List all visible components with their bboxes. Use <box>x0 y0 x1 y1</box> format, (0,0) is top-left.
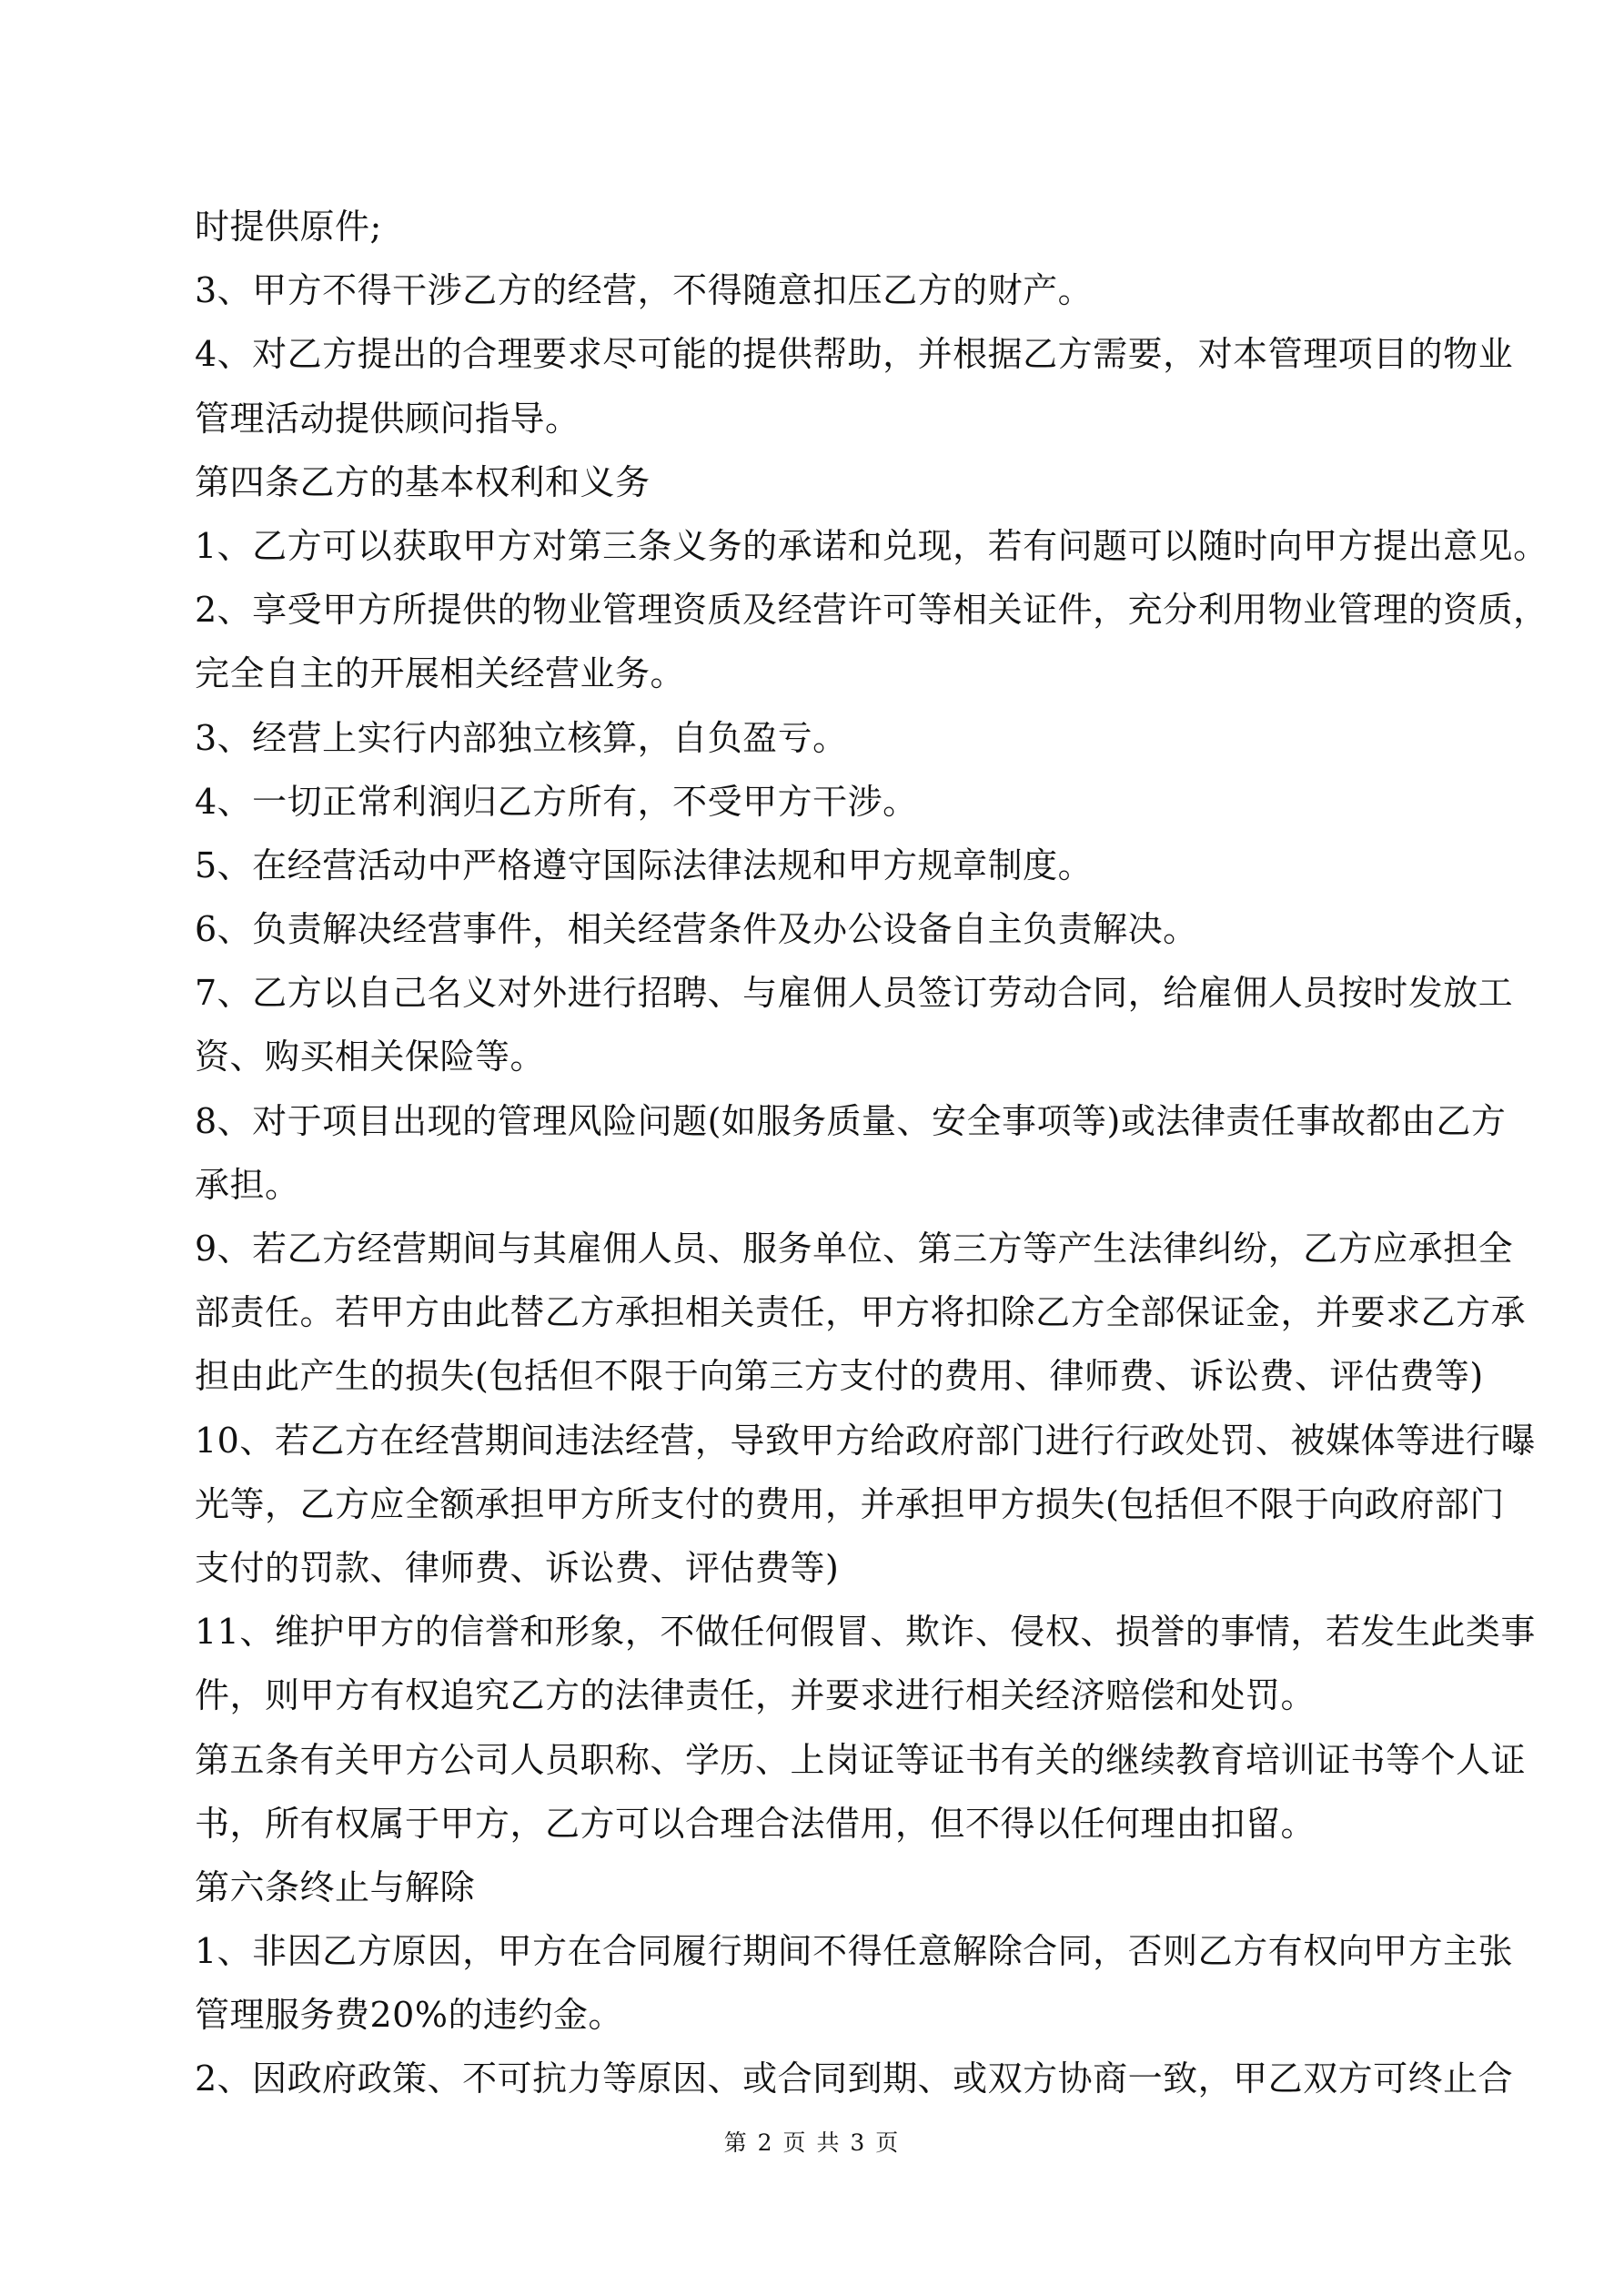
text-line: 3、甲方不得干涉乙方的经营，不得随意扣压乙方的财产。 <box>195 258 1432 322</box>
text-line: 1、乙方可以获取甲方对第三条义务的承诺和兑现，若有问题可以随时向甲方提出意见。 <box>195 514 1432 578</box>
text-line: 4、一切正常利润归乙方所有，不受甲方干涉。 <box>195 770 1432 834</box>
text-line: 时提供原件; <box>195 195 1432 258</box>
text-line: 光等，乙方应全额承担甲方所支付的费用，并承担甲方损失(包括但不限于向政府部门 <box>195 1472 1432 1536</box>
section-heading: 第四条乙方的基本权利和义务 <box>195 450 1432 514</box>
text-line: 9、若乙方经营期间与其雇佣人员、服务单位、第三方等产生法律纠纷，乙方应承担全 <box>195 1217 1432 1280</box>
text-line: 部责任。若甲方由此替乙方承担相关责任，甲方将扣除乙方全部保证金，并要求乙方承 <box>195 1280 1432 1344</box>
text-line: 管理服务费20%的违约金。 <box>195 1983 1432 2047</box>
text-line: 管理活动提供顾问指导。 <box>195 387 1432 450</box>
text-line: 10、若乙方在经营期间违法经营，导致甲方给政府部门进行行政处罚、被媒体等进行曝 <box>195 1409 1432 1472</box>
text-line: 件，则甲方有权追究乙方的法律责任，并要求进行相关经济赔偿和处罚。 <box>195 1664 1432 1727</box>
text-line: 书，所有权属于甲方，乙方可以合理合法借用，但不得以任何理由扣留。 <box>195 1792 1432 1856</box>
text-line: 担由此产生的损失(包括但不限于向第三方支付的费用、律师费、诉讼费、评估费等) <box>195 1344 1432 1408</box>
text-line: 承担。 <box>195 1153 1432 1217</box>
text-line: 完全自主的开展相关经营业务。 <box>195 642 1432 705</box>
text-line: 11、维护甲方的信誉和形象，不做任何假冒、欺诈、侵权、损誉的事情，若发生此类事 <box>195 1600 1432 1664</box>
text-line: 6、负责解决经营事件，相关经营条件及办公设备自主负责解决。 <box>195 897 1432 961</box>
text-line: 8、对于项目出现的管理风险问题(如服务质量、安全事项等)或法律责任事故都由乙方 <box>195 1089 1432 1153</box>
section-heading: 第六条终止与解除 <box>195 1856 1432 1919</box>
text-line: 资、购买相关保险等。 <box>195 1025 1432 1088</box>
text-line: 2、享受甲方所提供的物业管理资质及经营许可等相关证件，充分利用物业管理的资质， <box>195 578 1432 642</box>
document-body: 时提供原件; 3、甲方不得干涉乙方的经营，不得随意扣压乙方的财产。 4、对乙方提… <box>195 195 1432 2111</box>
text-line: 1、非因乙方原因，甲方在合同履行期间不得任意解除合同，否则乙方有权向甲方主张 <box>195 1919 1432 1983</box>
text-line: 4、对乙方提出的合理要求尽可能的提供帮助，并根据乙方需要，对本管理项目的物业 <box>195 322 1432 386</box>
page-number-footer: 第 2 页 共 3 页 <box>0 2125 1624 2161</box>
section-heading: 第五条有关甲方公司人员职称、学历、上岗证等证书有关的继续教育培训证书等个人证 <box>195 1728 1432 1792</box>
document-page: 时提供原件; 3、甲方不得干涉乙方的经营，不得随意扣压乙方的财产。 4、对乙方提… <box>0 0 1624 2296</box>
text-line: 3、经营上实行内部独立核算，自负盈亏。 <box>195 706 1432 770</box>
text-line: 5、在经营活动中严格遵守国际法律法规和甲方规章制度。 <box>195 834 1432 897</box>
text-line: 2、因政府政策、不可抗力等原因、或合同到期、或双方协商一致，甲乙双方可终止合 <box>195 2047 1432 2110</box>
text-line: 7、乙方以自己名义对外进行招聘、与雇佣人员签订劳动合同，给雇佣人员按时发放工 <box>195 961 1432 1025</box>
text-line: 支付的罚款、律师费、诉讼费、评估费等) <box>195 1536 1432 1600</box>
